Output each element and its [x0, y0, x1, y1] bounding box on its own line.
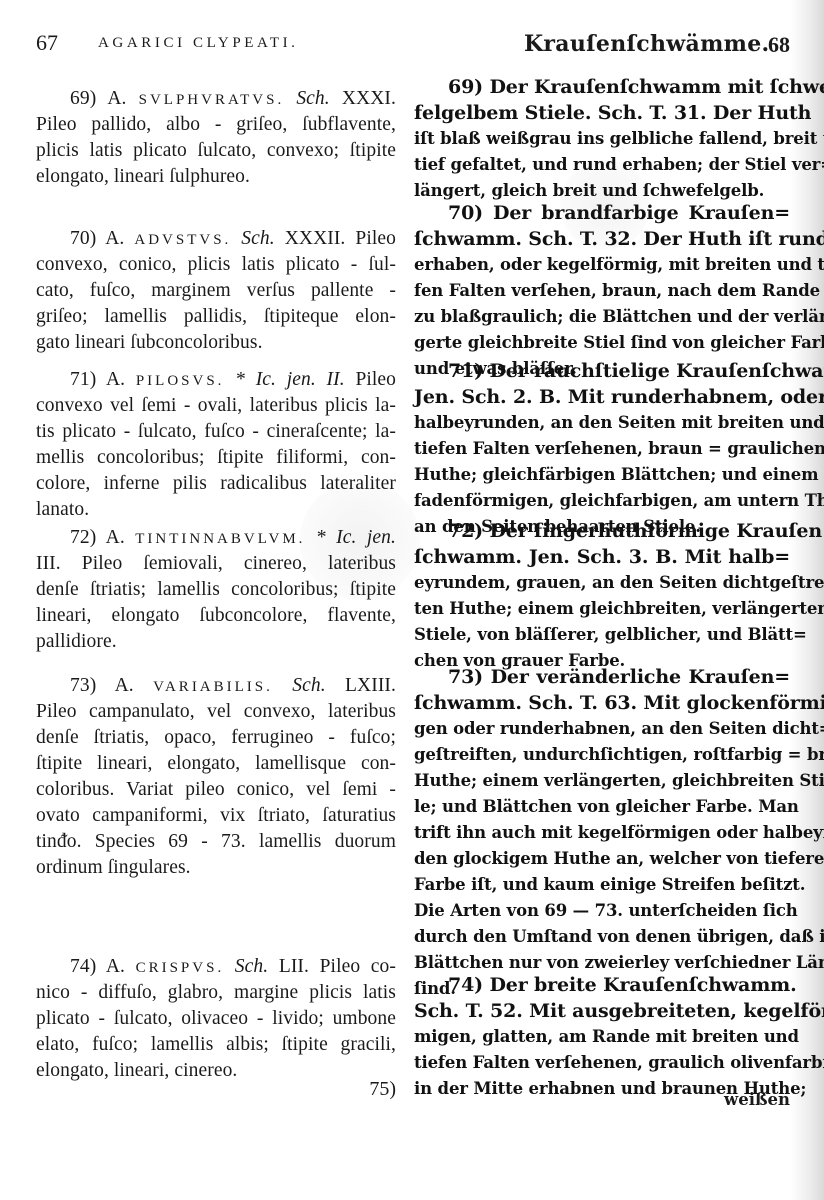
text-line: plicato - ſulcato, olivaceo - livido; um… [36, 1006, 396, 1032]
text-line: ſtipite lineari, elongato, lamellisque c… [36, 751, 396, 777]
text-line: Jen. Sch. 2. B. Mit runderhabnem, oder [414, 384, 790, 410]
entry-74-german: 74) Der breite Krauſenſchwamm. Sch. T. 5… [414, 972, 790, 1102]
entry-heading: 70) A. ADVSTVS. Sch. XXXII. Pileo [36, 226, 396, 252]
text-line: III. Pileo ſemiovali, cinereo, lateribus [36, 551, 396, 577]
text-line: Farbe iſt, und kaum einige Streifen beſi… [414, 872, 790, 898]
text-line: convexo, conico, plicis latis plicato - … [36, 252, 396, 278]
text-line: elongato, lineari ſulphureo. [36, 164, 396, 190]
text-line: migen, glatten, am Rande mit breiten und [414, 1024, 790, 1050]
text-line: eyrundem, grauen, an den Seiten dichtgeſ… [414, 570, 790, 596]
text-line: tief gefaltet, und rund erhaben; der Sti… [414, 152, 790, 178]
text-line: elato, fuſco; lamellis albis; ſtipite gr… [36, 1032, 396, 1058]
page-number: 67 [36, 30, 58, 56]
entry-70-latin: 70) A. ADVSTVS. Sch. XXXII. Pileo convex… [36, 226, 396, 356]
text-line: fadenförmigen, gleichfarbigen, am untern… [414, 488, 790, 514]
entry-73-latin: 73) A. VARIABILIS. Sch. LXIII. Pileo cam… [36, 673, 396, 881]
text-line: tinᵭo. Species 69 - 73. lamellis duorum [36, 829, 396, 855]
entry-heading: 71) A. PILOSVS. * Ic. jen. II. Pileo [36, 367, 396, 393]
text-line: colore, inferne pilis radicalibus latera… [36, 471, 396, 497]
text-line: gerte gleichbreite Stiel ſind von gleich… [414, 330, 790, 356]
text-line: erhaben, oder kegelförmig, mit breiten u… [414, 252, 790, 278]
text-line: le; und Blättchen von gleicher Farbe. Ma… [414, 794, 790, 820]
text-line: felgelbem Stiele. Sch. T. 31. Der Huth [414, 100, 790, 126]
text-line: tiefen Falten verſehenen, graulich olive… [414, 1050, 790, 1076]
entry-71-latin: 71) A. PILOSVS. * Ic. jen. II. Pileo con… [36, 367, 396, 523]
page-number: 68 [768, 32, 790, 58]
entry-heading: 73) Der veränderliche Krauſen= [414, 664, 790, 690]
text-line: cato, fuſco, marginem verſus pallente - [36, 278, 396, 304]
entry-heading: 70) Der brandfarbige Krauſen= [414, 200, 790, 226]
text-line: ordinum ſingulares. [36, 855, 396, 881]
text-line: Pileo campanulato, vel convexo, lateribu… [36, 699, 396, 725]
text-line: halbeyrunden, an den Seiten mit breiten … [414, 410, 790, 436]
book-spread: 67 AGARICI CLYPEATI. 69) A. SVLPHVRATVS.… [0, 0, 824, 1200]
text-line: Huthe; gleichfärbigen Blättchen; und ein… [414, 462, 790, 488]
right-running-head: Krauſenſchwämme. 68 [414, 30, 790, 60]
catchword: weißen [724, 1090, 790, 1109]
text-line: ſchwamm. Sch. T. 63. Mit glockenförmi= [414, 690, 790, 716]
text-line: Pileo pallido, albo - griſeo, ſubflavent… [36, 112, 396, 138]
text-line: den glockigem Huthe an, welcher von tief… [414, 846, 790, 872]
entry-69-latin: 69) A. SVLPHVRATVS. Sch. XXXI. Pileo pal… [36, 86, 396, 190]
text-line: coloribus. Variat pileo conico, vel ſemi… [36, 777, 396, 803]
entry-73-german: 73) Der veränderliche Krauſen= ſchwamm. … [414, 664, 790, 1002]
text-line: tiefen Falten verſehenen, braun = grauli… [414, 436, 790, 462]
entry-72-latin: 72) A. TINTINNABVLVM. * Ic. jen. III. Pi… [36, 525, 396, 655]
entry-70-german: 70) Der brandfarbige Krauſen= ſchwamm. S… [414, 200, 790, 382]
entry-heading: 72) A. TINTINNABVLVM. * Ic. jen. [36, 525, 396, 551]
text-line: mellis concoloribus; ſtipite filiformi, … [36, 445, 396, 471]
text-line: tis plicato - ſulcato, fuſco - cineraſce… [36, 419, 396, 445]
text-line: pallidiore. [36, 629, 396, 655]
text-line: fen Falten verſehen, braun, nach dem Ran… [414, 278, 790, 304]
entry-heading: 72) Der fingerhuthförmige Krauſen= [414, 518, 790, 544]
entry-72-german: 72) Der fingerhuthförmige Krauſen= ſchwa… [414, 518, 790, 674]
text-line: plicis latis plicato ſulcato, convexo; ſ… [36, 138, 396, 164]
text-line: denſe ſtriatis, opaco, ferrugineo - fuſc… [36, 725, 396, 751]
entry-heading: 69) A. SVLPHVRATVS. Sch. XXXI. [36, 86, 396, 112]
entry-69-german: 69) Der Krauſenſchwamm mit ſchwe= felgel… [414, 74, 790, 204]
text-line: nico - diffuſo, glabro, margine plicis l… [36, 980, 396, 1006]
text-line: elongato, lineari, cinereo. [36, 1058, 396, 1084]
catchword: 75) [369, 1078, 396, 1101]
text-line: convexo vel ſemi - ovali, lateribus plic… [36, 393, 396, 419]
entry-71-german: 71) Der rauchſtielige Krauſenſchwamm. Je… [414, 358, 790, 540]
entry-heading: 71) Der rauchſtielige Krauſenſchwamm. [414, 358, 790, 384]
text-line: Sch. T. 52. Mit ausgebreiteten, kegelför… [414, 998, 790, 1024]
text-line: iſt blaß weißgrau ins gelbliche fallend,… [414, 126, 790, 152]
text-line: ſchwamm. Jen. Sch. 3. B. Mit halb= [414, 544, 790, 570]
text-line: Huthe; einem verlängerten, gleichbreiten… [414, 768, 790, 794]
text-line: griſeo; lamellis pallidis, ſtipiteque el… [36, 304, 396, 330]
left-running-head: 67 AGARICI CLYPEATI. [36, 30, 396, 60]
text-line: ovato campaniformi, vix ſtriato, ſaturat… [36, 803, 396, 829]
entry-heading: 74) A. CRISPVS. Sch. LII. Pileo co- [36, 954, 396, 980]
text-line: denſe ſtriatis; lamellis concoloribus; ſ… [36, 577, 396, 603]
entry-heading: 73) A. VARIABILIS. Sch. LXIII. [36, 673, 396, 699]
text-line: gen oder runderhabnen, an den Seiten dic… [414, 716, 790, 742]
text-line: Die Arten von 69 — 73. unterſcheiden ſic… [414, 898, 790, 924]
text-line: ten Huthe; einem gleichbreiten, verlänge… [414, 596, 790, 622]
text-line: zu blaßgraulich; die Blättchen und der v… [414, 304, 790, 330]
running-title: Krauſenſchwämme. [524, 31, 769, 57]
text-line: geſtreiften, undurchſichtigen, roſtfarbi… [414, 742, 790, 768]
entry-74-latin: 74) A. CRISPVS. Sch. LII. Pileo co- nico… [36, 954, 396, 1084]
text-line: ſchwamm. Sch. T. 32. Der Huth iſt rund= [414, 226, 790, 252]
entry-heading: 69) Der Krauſenſchwamm mit ſchwe= [414, 74, 790, 100]
entry-heading: 74) Der breite Krauſenſchwamm. [414, 972, 790, 998]
text-line: gato lineari ſubconcoloribus. [36, 330, 396, 356]
text-line: durch den Umſtand von denen übrigen, daß… [414, 924, 790, 950]
running-title: AGARICI CLYPEATI. [98, 35, 299, 52]
text-line: lineari, elongato ſubconcolore, flavente… [36, 603, 396, 629]
text-line: Stiele, von bläſſerer, gelblicher, und B… [414, 622, 790, 648]
text-line: lanato. [36, 497, 396, 523]
text-line: trift ihn auch mit kegelförmigen oder ha… [414, 820, 790, 846]
